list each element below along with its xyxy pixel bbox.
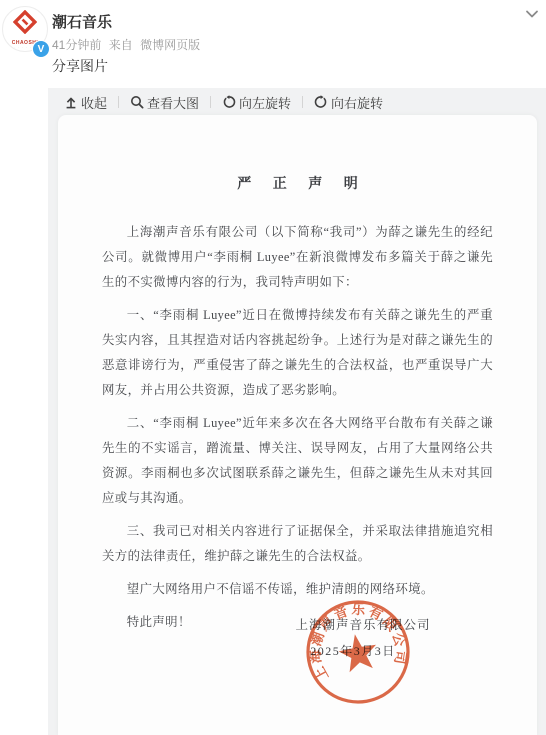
rotate-right-label: 向右旋转 xyxy=(331,93,383,112)
document-paragraph: 望广大网络用户不信谣不传谣，维护清朗的网络环境。 xyxy=(102,577,493,602)
toolbar-separator xyxy=(302,96,303,108)
rotate-right-icon xyxy=(314,95,328,109)
collapse-icon xyxy=(64,95,78,109)
collapse-label: 收起 xyxy=(81,93,107,112)
author-name[interactable]: 潮石音乐 xyxy=(52,11,112,32)
statement-image[interactable]: 严 正 声 明 上海潮声音乐有限公司（以下简称“我司”）为薛之谦先生的经纪公司。… xyxy=(58,115,537,735)
document-paragraph: 一、“李雨桐 Luyee”近日在微博持续发布有关薛之谦先生的严重失实内容，且其捏… xyxy=(102,303,493,403)
verified-badge-icon: V xyxy=(32,40,50,58)
image-card: 收起 查看大图 向左旋转 xyxy=(48,88,546,735)
post-header: CHAOSHI · · · · · · V 潮石音乐 41分钟前 来自 微博网页… xyxy=(0,0,546,88)
post-text: 分享图片 xyxy=(52,56,108,76)
star-icon xyxy=(336,631,380,674)
collapse-button[interactable]: 收起 xyxy=(64,93,107,112)
rotate-left-label: 向左旋转 xyxy=(239,93,291,112)
chevron-down-icon[interactable] xyxy=(522,4,542,24)
document-paragraph: 三、我司已对相关内容进行了证据保全，并采取法律措施追究相关方的法律责任，维护薛之… xyxy=(102,519,493,569)
statement-document: 严 正 声 明 上海潮声音乐有限公司（以下简称“我司”）为薛之谦先生的经纪公司。… xyxy=(58,115,537,735)
rotate-left-button[interactable]: 向左旋转 xyxy=(222,93,291,112)
rotate-right-button[interactable]: 向右旋转 xyxy=(314,93,383,112)
toolbar-separator xyxy=(118,96,119,108)
brand-logo-icon xyxy=(13,10,37,39)
post-from-label: 来自 xyxy=(109,38,133,52)
post-time: 41分钟前 xyxy=(52,38,101,52)
rotate-left-icon xyxy=(222,95,236,109)
image-toolbar: 收起 查看大图 向左旋转 xyxy=(48,88,546,116)
view-large-label: 查看大图 xyxy=(147,93,199,112)
document-title: 严 正 声 明 xyxy=(102,173,493,193)
company-stamp-seal: 上海潮声音乐有限公司 xyxy=(288,582,427,721)
post-source-link[interactable]: 微博网页版 xyxy=(140,38,200,52)
toolbar-separator xyxy=(210,96,211,108)
magnifier-icon xyxy=(130,95,144,109)
document-paragraph: 二、“李雨桐 Luyee”近年来多次在各大网络平台散布有关薛之谦先生的不实谣言，… xyxy=(102,411,493,511)
post-meta: 41分钟前 来自 微博网页版 xyxy=(52,36,200,53)
view-large-button[interactable]: 查看大图 xyxy=(130,93,199,112)
document-paragraph: 上海潮声音乐有限公司（以下简称“我司”）为薛之谦先生的经纪公司。就微博用户“李雨… xyxy=(102,220,493,295)
